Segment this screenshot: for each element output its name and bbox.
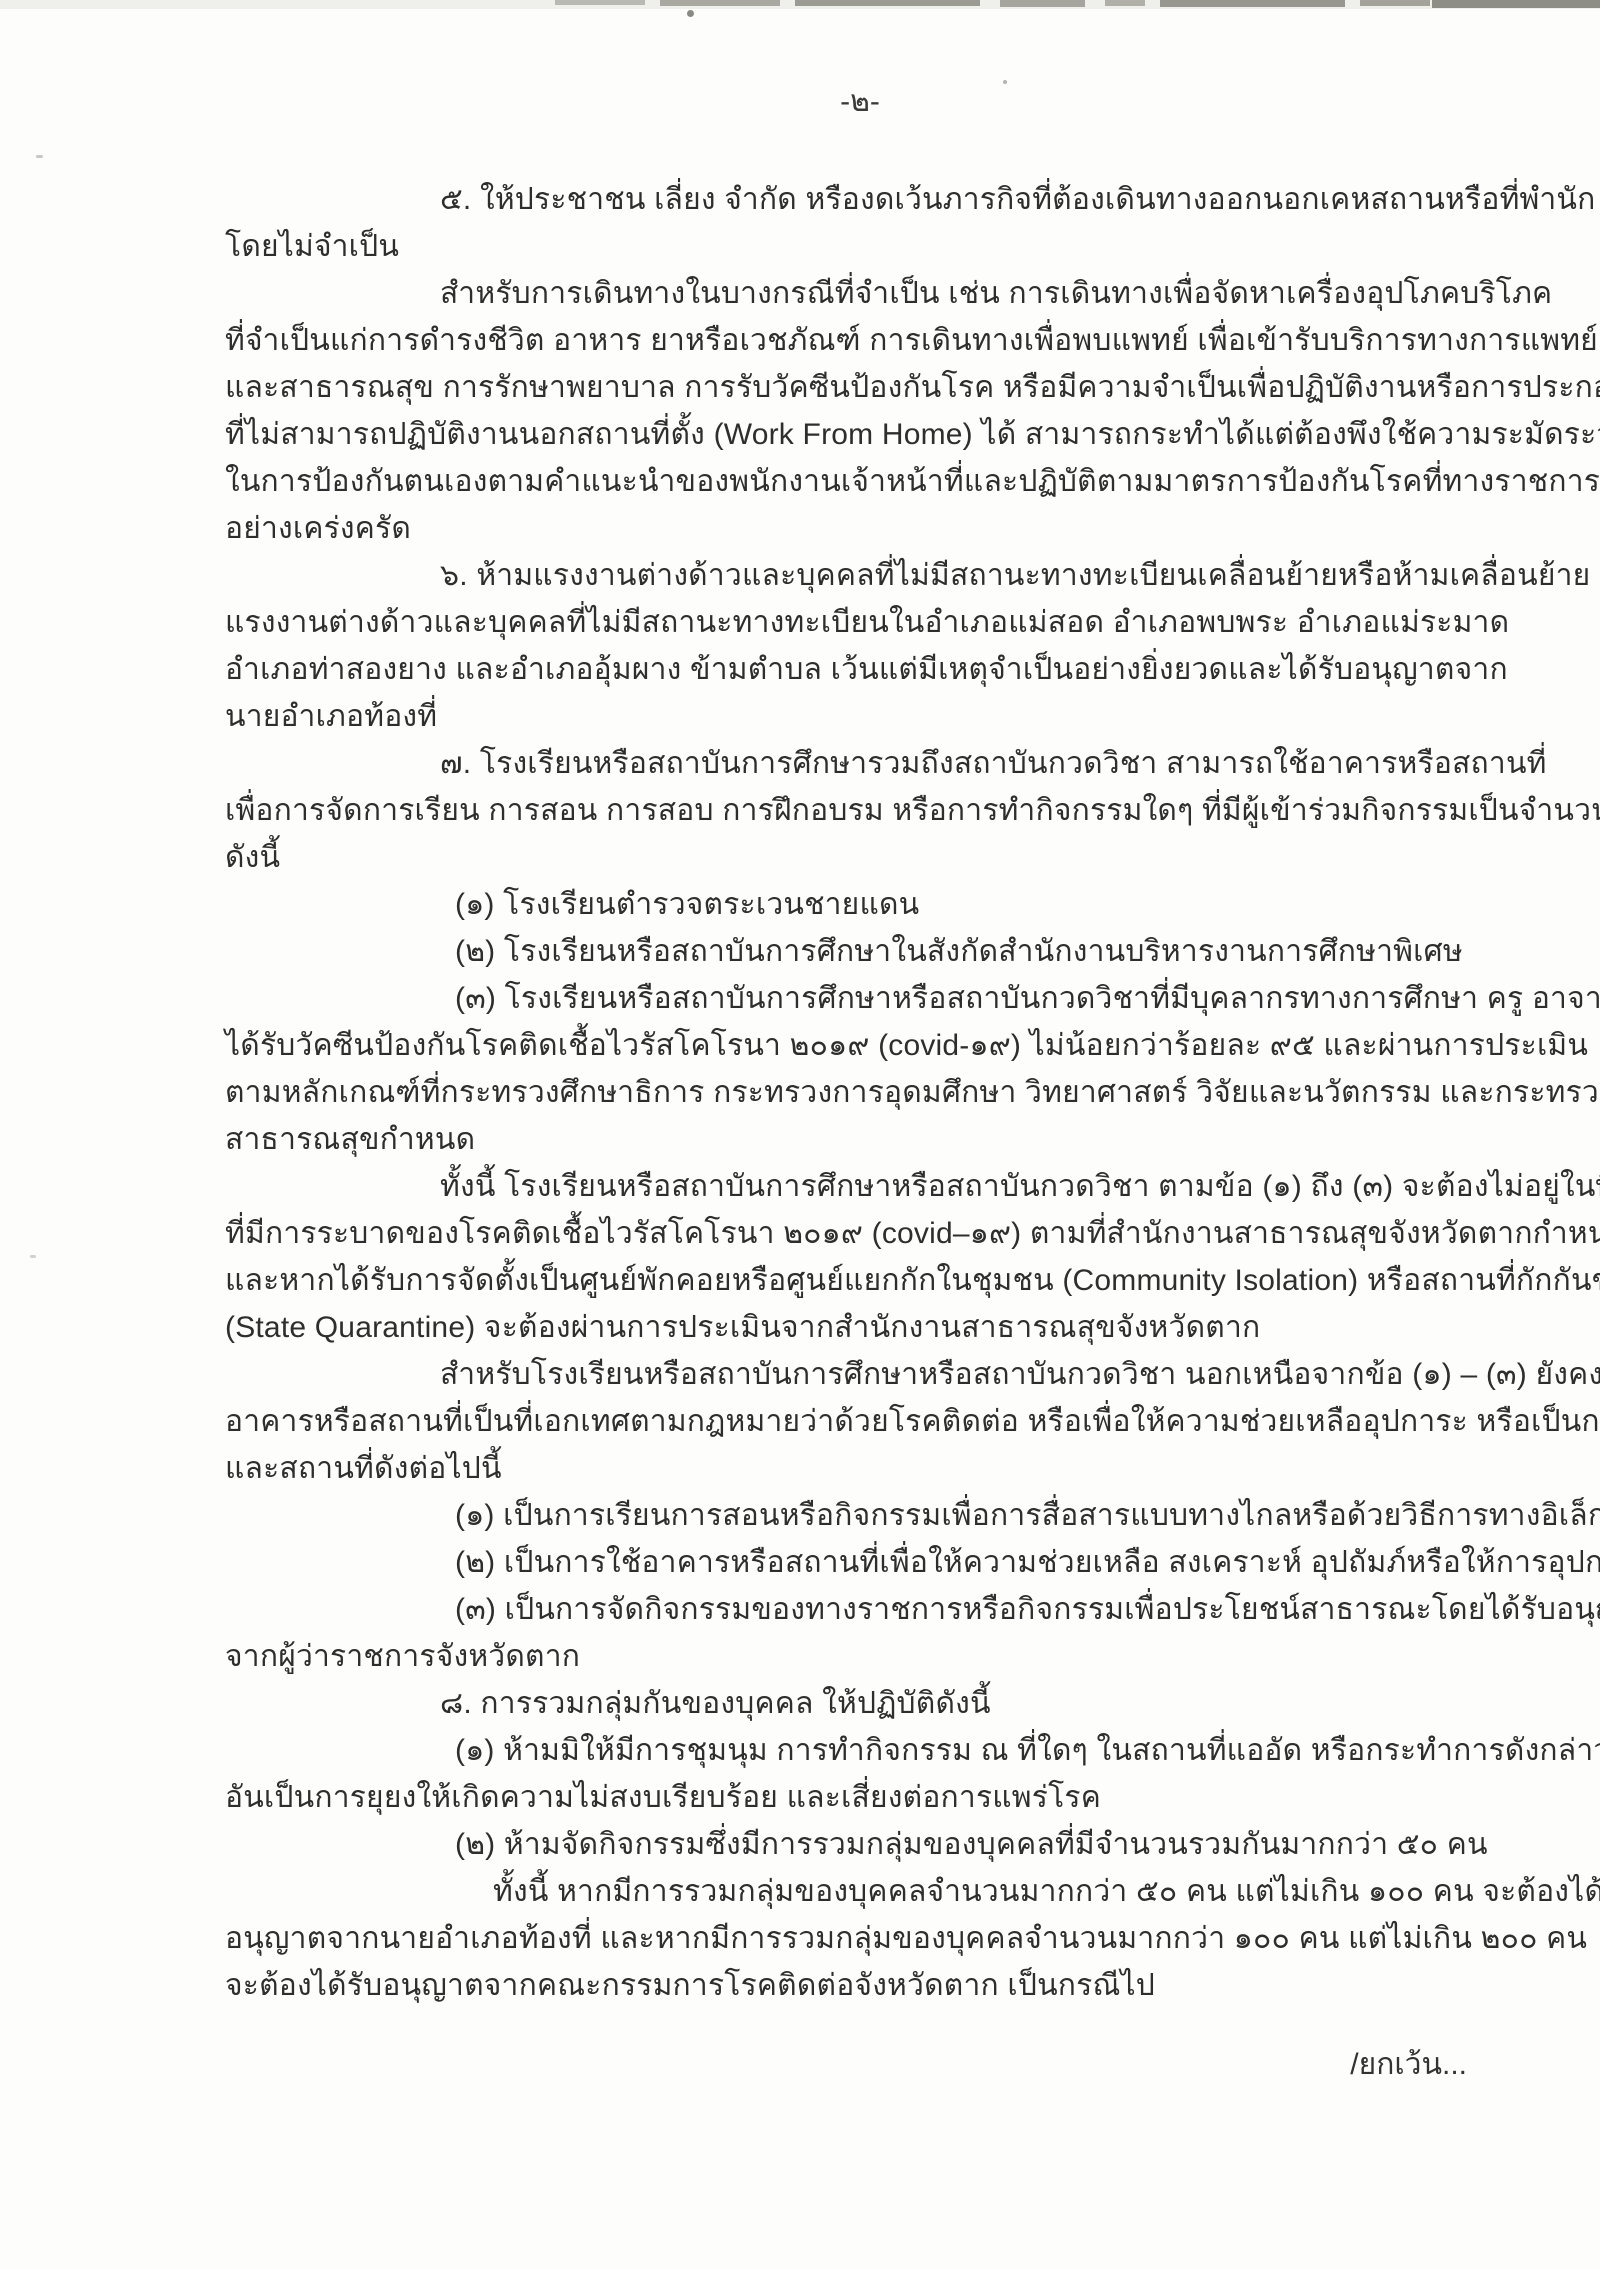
text-line: (๒) โรงเรียนหรือสถาบันการศึกษาในสังกัดสำ… (455, 928, 1495, 975)
text-line: ทั้งนี้ โรงเรียนหรือสถาบันการศึกษาหรือสถ… (440, 1163, 1495, 1210)
text-line: อำเภอท่าสองยาง และอำเภออุ้มผาง ข้ามตำบล … (225, 646, 1495, 693)
text-line: ๕. ให้ประชาชน เลี่ยง จำกัด หรืองดเว้นภาร… (440, 176, 1495, 223)
continuation-note: /ยกเว้น... (225, 2041, 1495, 2088)
scan-artifact-segment (1160, 0, 1345, 7)
text-line: และสาธารณสุข การรักษาพยาบาล การรับวัคซีน… (225, 364, 1495, 411)
text-line: และสถานที่ดังต่อไปนี้ (225, 1445, 1495, 1492)
text-line: (๒) ห้ามจัดกิจกรรมซึ่งมีการรวมกลุ่มของบุ… (455, 1821, 1495, 1868)
text-line: (๑) โรงเรียนตำรวจตระเวนชายแดน (455, 881, 1495, 928)
text-line: (๑) ห้ามมิให้มีการชุมนุม การทำกิจกรรม ณ … (455, 1727, 1495, 1774)
text-line: ๗. โรงเรียนหรือสถาบันการศึกษารวมถึงสถาบั… (440, 740, 1495, 787)
scan-artifact-segment (660, 0, 780, 6)
text-line: สำหรับการเดินทางในบางกรณีที่จำเป็น เช่น … (440, 270, 1495, 317)
text-line: สำหรับโรงเรียนหรือสถาบันการศึกษาหรือสถาบ… (440, 1351, 1495, 1398)
text-line: (๒) เป็นการใช้อาคารหรือสถานที่เพื่อให้คว… (455, 1539, 1495, 1586)
text-line: ที่ไม่สามารถปฏิบัติงานนอกสถานที่ตั้ง (Wo… (225, 411, 1495, 458)
text-line: ดังนี้ (225, 834, 1495, 881)
text-line: (๓) เป็นการจัดกิจกรรมของทางราชการหรือกิจ… (455, 1586, 1495, 1633)
text-line: (๓) โรงเรียนหรือสถาบันการศึกษาหรือสถาบัน… (455, 975, 1495, 1022)
scan-speck (30, 1255, 36, 1258)
text-line: อันเป็นการยุยงให้เกิดความไม่สงบเรียบร้อย… (225, 1774, 1495, 1821)
text-line: (๑) เป็นการเรียนการสอนหรือกิจกรรมเพื่อกา… (455, 1492, 1495, 1539)
text-line: ที่มีการระบาดของโรคติดเชื้อไวรัสโคโรนา ๒… (225, 1210, 1495, 1257)
text-line: สาธารณสุขกำหนด (225, 1116, 1495, 1163)
text-line: แรงงานต่างด้าวและบุคคลที่ไม่มีสถานะทางทะ… (225, 599, 1495, 646)
document-content: -๒- ๕. ให้ประชาชน เลี่ยง จำกัด หรืองดเว้… (225, 80, 1495, 2088)
text-line: ๘. การรวมกลุ่มกันของบุคคล ให้ปฏิบัติดังน… (440, 1680, 1495, 1727)
scan-artifact-segment (1105, 0, 1145, 6)
text-line: จะต้องได้รับอนุญาตจากคณะกรรมการโรคติดต่อ… (225, 1962, 1495, 2009)
scan-artifact-segment (795, 0, 980, 6)
text-line: อนุญาตจากนายอำเภอท้องที่ และหากมีการรวมก… (225, 1915, 1495, 1962)
text-line: เพื่อการจัดการเรียน การสอน การสอบ การฝึก… (225, 787, 1495, 834)
scan-artifact-segment (1000, 0, 1085, 7)
text-line: และหากได้รับการจัดตั้งเป็นศูนย์พักคอยหรื… (225, 1257, 1495, 1304)
text-line: (State Quarantine) จะต้องผ่านการประเมินจ… (225, 1304, 1495, 1351)
text-line: ในการป้องกันตนเองตามคำแนะนำของพนักงานเจ้… (225, 458, 1495, 505)
text-line: นายอำเภอท้องที่ (225, 693, 1495, 740)
text-line: ทั้งนี้ หากมีการรวมกลุ่มของบุคคลจำนวนมาก… (493, 1868, 1495, 1915)
scan-speck (36, 155, 43, 158)
text-line: ตามหลักเกณฑ์ที่กระทรวงศึกษาธิการ กระทรวง… (225, 1069, 1495, 1116)
text-line: จากผู้ว่าราชการจังหวัดตาก (225, 1633, 1495, 1680)
text-line: อย่างเคร่งครัด (225, 505, 1495, 552)
text-line: ๖. ห้ามแรงงานต่างด้าวและบุคคลที่ไม่มีสถา… (440, 552, 1495, 599)
scanned-document-page: -๒- ๕. ให้ประชาชน เลี่ยง จำกัด หรืองดเว้… (0, 0, 1600, 2270)
scan-artifact-segment (1360, 0, 1430, 6)
text-line: อาคารหรือสถานที่เป็นที่เอกเทศตามกฎหมายว่… (225, 1398, 1495, 1445)
scan-artifact-segment (555, 0, 645, 5)
scan-speck (687, 10, 694, 17)
text-line: โดยไม่จำเป็น (225, 223, 1495, 270)
page-number: -๒- (225, 80, 1495, 124)
scan-artifact-segment (1432, 0, 1600, 8)
text-line: ได้รับวัคซีนป้องกันโรคติดเชื้อไวรัสโคโรน… (225, 1022, 1495, 1069)
text-line: ที่จำเป็นแก่การดำรงชีวิต อาหาร ยาหรือเวช… (225, 317, 1495, 364)
document-body: ๕. ให้ประชาชน เลี่ยง จำกัด หรืองดเว้นภาร… (225, 176, 1495, 2009)
